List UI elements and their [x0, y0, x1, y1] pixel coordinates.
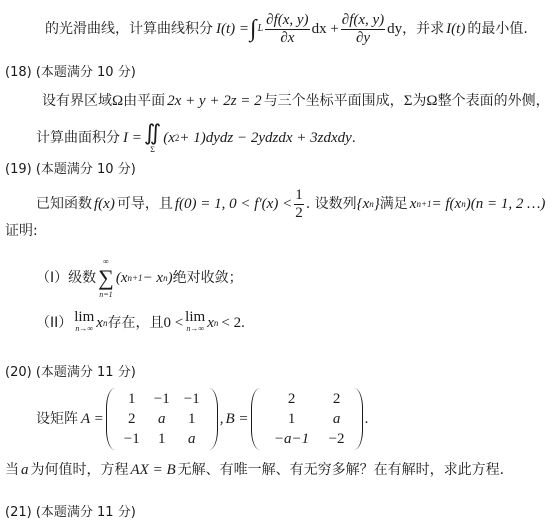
q20-text: 设矩阵 — [36, 410, 78, 428]
fraction-denominator: 2 — [295, 205, 303, 222]
period: . — [352, 129, 356, 147]
q17-lhs: I(t) = — [216, 20, 249, 38]
lim-subscript: n→∞ — [186, 323, 204, 335]
lim-subscript: n→∞ — [75, 323, 93, 335]
part-label: （I）级数 — [36, 269, 96, 287]
omega-symbol: Ω — [112, 92, 123, 110]
limit: lim n→∞ — [185, 311, 205, 335]
q18-text: 由平面 — [123, 92, 165, 110]
q18-header: (18) (本题满分 10 分) — [5, 64, 136, 82]
matrix-b: 221a−a−1−2 — [251, 388, 363, 450]
subscript: n — [214, 314, 219, 332]
sum-term: − x — [143, 269, 164, 287]
subscript: n+1 — [416, 195, 431, 213]
matrix-cell: 2 — [262, 390, 322, 408]
lim-word: lim — [74, 311, 94, 323]
q19-text: 绝对收敛； — [173, 269, 243, 287]
equation-ax-b: AX = B — [131, 461, 176, 479]
plane-equation: 2x + y + 2z = 2 — [167, 92, 262, 110]
integral-subscript: Σ — [150, 144, 155, 155]
recurrence: x — [410, 195, 417, 213]
lim-word: lim — [185, 311, 205, 323]
q19-part2: （II） lim n→∞ x n 存在，且 0 < lim n→∞ x n < … — [36, 308, 245, 338]
integrand: + 1)dydz − 2ydzdx + 3zdxdy — [179, 129, 351, 147]
part-label: （II） — [36, 314, 72, 332]
q17-lead-text: 的光滑曲线，计算曲线积分 — [45, 20, 213, 38]
q18-text: 设有界区域 — [42, 92, 112, 110]
q21-header: (21) (本题满分 11 分) — [5, 504, 136, 522]
sum-lower: n=1 — [99, 289, 112, 300]
matrix-cell: 2 — [322, 390, 352, 408]
period: . — [365, 410, 369, 428]
matrix-cell: 1 — [147, 430, 177, 448]
dy-term: dy — [387, 20, 402, 38]
limit: lim n→∞ — [74, 311, 94, 335]
q20-header: (20) (本题满分 11 分) — [5, 364, 136, 382]
omega-symbol: Ω — [426, 92, 437, 110]
q18-text: 为 — [412, 92, 426, 110]
fraction-df-dx: ∂f(x, y) ∂x — [265, 12, 309, 47]
sum-sign: ∑ — [98, 267, 114, 289]
matrix-cell: a — [322, 410, 352, 428]
q20-text: 无解、有唯一解、有无穷多解？在有解时，求此方程. — [178, 461, 504, 479]
matrix-cell: a — [177, 430, 207, 448]
q19-header: (19) (本题满分 10 分) — [5, 161, 136, 179]
q19-text: . 设数列 — [306, 195, 357, 213]
matrix-a-grid: 1−1−12a1−11a — [115, 388, 209, 450]
sum-term: (x — [116, 269, 128, 287]
sigma-symbol: Σ — [404, 92, 413, 110]
matrix-a-label: A = — [81, 410, 104, 428]
integral-sign: ∫ — [250, 17, 257, 41]
q17-end-text: 的最小值. — [467, 20, 527, 38]
matrix-cell: 1 — [177, 410, 207, 428]
matrix-cell: −1 — [147, 390, 177, 408]
q20-matrix-line: 设矩阵 A = 1−1−12a1−11a , B = 221a−a−1−2 . — [36, 386, 368, 452]
q19-text: 存在，且 — [107, 314, 163, 332]
recurrence: )(n = 1, 2 …) — [466, 195, 546, 213]
q19-prove: 证明: — [5, 222, 38, 240]
matrix-b-label: B = — [226, 410, 249, 428]
matrix-cell: a — [147, 410, 177, 428]
q18-text: 计算曲面积分 — [36, 129, 120, 147]
fraction-denominator: ∂y — [356, 30, 370, 47]
right-paren — [354, 388, 363, 450]
double-integral: ∬ Σ — [144, 122, 161, 155]
fraction-numerator: 1 — [294, 187, 304, 205]
matrix-cell: 1 — [262, 410, 322, 428]
xn: x — [207, 314, 214, 332]
q17-it: I(t) — [446, 20, 465, 38]
subscript: n+1 — [127, 269, 142, 287]
inequality: 0 < — [163, 314, 183, 332]
left-paren — [106, 388, 115, 450]
q19-part1: （I）级数 ∞ ∑ n=1 (x n+1 − x n ) 绝对收敛； — [36, 258, 243, 298]
q17-mid-text: ，并求 — [402, 20, 444, 38]
fraction-numerator: ∂f(x, y) — [341, 12, 385, 30]
q19-text: 已知函数 — [36, 195, 92, 213]
matrix-cell: 1 — [117, 390, 147, 408]
condition: f(0) = 1, 0 < f′(x) < — [175, 195, 292, 213]
fraction-denominator: ∂x — [280, 30, 294, 47]
fraction-df-dy: ∂f(x, y) ∂y — [341, 12, 385, 47]
variable-a: a — [21, 461, 29, 479]
q18-text: 与三个坐标平面围成， — [264, 92, 404, 110]
q19-text: 满足 — [380, 195, 408, 213]
dx-term: dx + — [312, 20, 339, 38]
matrix-cell: −a−1 — [262, 430, 322, 448]
recurrence: = f(x — [432, 195, 462, 213]
q20-question: 当 a 为何值时，方程 AX = B 无解、有唯一解、有无穷多解？在有解时，求此… — [5, 461, 504, 479]
q18-line2: 计算曲面积分 I = ∬ Σ (x 2 + 1)dydz − 2ydzdx + … — [36, 120, 356, 156]
q20-text: 当 — [5, 461, 19, 479]
right-paren — [209, 388, 218, 450]
fraction-numerator: ∂f(x, y) — [265, 12, 309, 30]
q20-text: 为何值时，方程 — [31, 461, 129, 479]
xn: x — [96, 314, 103, 332]
q19-text: 可导，且 — [117, 195, 173, 213]
q18-text: 整个表面的外侧， — [438, 92, 550, 110]
matrix-b-grid: 221a−a−1−2 — [260, 388, 354, 450]
q19-line1: 已知函数 f(x) 可导，且 f(0) = 1, 0 < f′(x) < 1 2… — [36, 186, 545, 222]
separator: , — [220, 410, 224, 428]
double-integral-sign: ∬ — [144, 122, 161, 144]
matrix-cell: −1 — [177, 390, 207, 408]
q18-lhs: I = — [123, 129, 142, 147]
inequality: < 2. — [221, 314, 244, 332]
matrix-cell: −2 — [322, 430, 352, 448]
sequence: {x — [357, 195, 370, 213]
fraction-one-half: 1 2 — [294, 187, 304, 222]
left-paren — [251, 388, 260, 450]
integral-subscript: L — [258, 20, 264, 38]
fx: f(x) — [94, 195, 115, 213]
matrix-cell: −1 — [117, 430, 147, 448]
matrix-cell: 2 — [117, 410, 147, 428]
q17-tail-line: 的光滑曲线，计算曲线积分 I(t) = ∫ L ∂f(x, y) ∂x dx +… — [45, 14, 528, 44]
integrand: (x — [163, 129, 175, 147]
q18-line1: 设有界区域 Ω 由平面 2x + y + 2z = 2 与三个坐标平面围成， Σ… — [42, 92, 550, 110]
summation: ∞ ∑ n=1 — [98, 256, 114, 300]
matrix-a: 1−1−12a1−11a — [106, 388, 218, 450]
